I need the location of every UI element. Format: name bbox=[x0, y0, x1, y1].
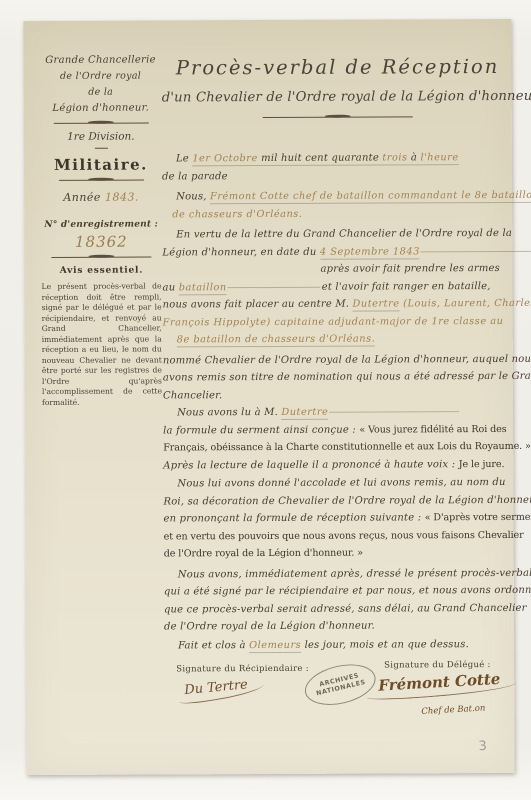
body-line: Légion d'honneur, en date du 4 Septembre… bbox=[162, 242, 514, 261]
printed-text: de la parade bbox=[162, 171, 228, 182]
body-line: François Hippolyte) capitaine adjudant-m… bbox=[163, 312, 515, 331]
body-line: en prononçant la formule de réception su… bbox=[163, 509, 515, 528]
printed-text: les jour, mois et an que dessus. bbox=[301, 639, 469, 651]
body-line: qui a été signé par le récipiendaire et … bbox=[164, 582, 516, 601]
printed-quote-text: « Vous jurez fidélité au Roi des bbox=[359, 423, 506, 435]
document-subtitle: d'un Chevalier de l'Ordre royal de la Lé… bbox=[162, 89, 514, 106]
document-title: Procès-verbal de Réception bbox=[162, 55, 514, 80]
notice-body: Le présent procès-verbal de réception do… bbox=[41, 281, 162, 408]
printed-text: Légion d'honneur, en date du bbox=[162, 246, 320, 258]
printed-text: Après la lecture de laquelle il a pronon… bbox=[163, 459, 458, 471]
body-line: nous avons fait placer au centre M. Dute… bbox=[163, 295, 515, 314]
letterhead-line: de l'Ordre royal bbox=[36, 68, 166, 85]
division-label: 1re Division. bbox=[36, 130, 166, 143]
body-line: nommé Chevalier de l'Ordre royal de la L… bbox=[163, 350, 515, 369]
printed-quote-text: Je le jure. bbox=[459, 458, 505, 469]
recipient-signature-label: Signature du Récipiendaire : bbox=[176, 664, 309, 675]
body-line: 8e bataillon de chasseurs d'Orléans. bbox=[177, 330, 515, 349]
handwritten-text: de chasseurs d'Orléans. bbox=[172, 208, 302, 220]
handwritten-text: l'heure bbox=[420, 152, 458, 165]
body-line: Chancelier. bbox=[163, 385, 515, 404]
printed-text: Chancelier. bbox=[163, 390, 222, 401]
body-line: Le 1er Octobre mil huit cent quarante tr… bbox=[162, 149, 514, 168]
body-line: de chasseurs d'Orléans. bbox=[172, 204, 514, 223]
body-line: En vertu de la lettre du Grand Chancelie… bbox=[162, 225, 514, 244]
printed-text: Nous lui avons donné l'accolade et lui a… bbox=[177, 477, 505, 489]
delegate-rank-note: Chef de Bat.on bbox=[421, 703, 486, 717]
handwritten-text: 1er Octobre bbox=[192, 153, 257, 166]
printed-text: Le bbox=[176, 153, 192, 164]
body-line: après avoir fait prendre les armes bbox=[320, 260, 514, 278]
printed-quote-text: Français, obéissance à la Charte constit… bbox=[163, 441, 531, 454]
printed-text: mil huit cent quarante bbox=[258, 153, 383, 167]
printed-text: qui a été signé par le récipiendaire et … bbox=[164, 585, 531, 598]
printed-text: et l'avoir fait ranger en bataille, bbox=[322, 281, 491, 293]
folio-number-pencil: 3 bbox=[478, 739, 487, 754]
year-label: Année bbox=[63, 191, 105, 204]
body-line: au bataillonet l'avoir fait ranger en ba… bbox=[162, 277, 514, 296]
document-page: Grande Chancellerie de l'Ordre royal de … bbox=[23, 19, 514, 775]
body-line: et en vertu des pouvoirs que nous avons … bbox=[164, 526, 516, 545]
handwritten-text: Dutertre bbox=[353, 298, 400, 311]
year-value-handwritten: 1843. bbox=[105, 191, 139, 204]
body-line: Nous avons lu à M. Dutertre bbox=[163, 403, 515, 422]
handwritten-text: Olemeurs bbox=[249, 639, 301, 652]
printed-text: après avoir fait prendre les armes bbox=[320, 263, 500, 275]
printed-text: en prononçant la formule de réception su… bbox=[164, 512, 425, 524]
blank-fill-rule bbox=[329, 410, 459, 413]
printed-quote-text: et en vertu des pouvoirs que nous avons … bbox=[164, 529, 524, 542]
notice-title: Avis essentiel. bbox=[36, 265, 166, 276]
blank-fill-rule bbox=[421, 249, 531, 252]
blank-fill-rule bbox=[228, 285, 321, 287]
printed-text: Roi, sa décoration de Chevalier de l'Ord… bbox=[163, 494, 531, 507]
printed-text: Nous avons lu à M. bbox=[177, 407, 281, 418]
body-line: que ce procès-verbal serait adressé, san… bbox=[164, 599, 516, 618]
printed-text: de l'Ordre royal de la Légion d'honneur. bbox=[164, 621, 375, 633]
branch-label: Militaire. bbox=[36, 155, 166, 174]
body-line: Français, obéissance à la Charte constit… bbox=[163, 438, 515, 457]
delegate-signature-label: Signature du Délégué : bbox=[384, 660, 491, 670]
letterhead-line: de la bbox=[36, 84, 166, 101]
divider-dash bbox=[94, 147, 107, 149]
handwritten-text: François Hippolyte) capitaine adjudant-m… bbox=[163, 315, 504, 327]
left-margin-column: Grande Chancellerie de l'Ordre royal de … bbox=[35, 52, 167, 408]
printed-text: à bbox=[407, 152, 420, 165]
archives-nationales-stamp: ARCHIVES NATIONALES bbox=[301, 658, 380, 711]
body-line: Nous, Frémont Cotte chef de bataillon co… bbox=[162, 187, 514, 206]
printed-text: nommé Chevalier de l'Ordre royal de la L… bbox=[163, 353, 531, 366]
printed-quote-text: de l'Ordre royal de la Légion d'honneur.… bbox=[164, 548, 363, 560]
scan-background: Grande Chancellerie de l'Ordre royal de … bbox=[0, 0, 531, 800]
document-body: Le 1er Octobre mil huit cent quarante tr… bbox=[162, 149, 516, 655]
registration-number-handwritten: 18362 bbox=[36, 232, 166, 251]
body-line: de la parade bbox=[162, 166, 514, 185]
letterhead-line: Grande Chancellerie bbox=[35, 52, 165, 69]
year-line: Année 1843. bbox=[36, 190, 166, 204]
printed-text: au bbox=[162, 282, 178, 293]
body-line: la formule du serment ainsi conçue : « V… bbox=[163, 420, 515, 439]
handwritten-text: 4 Septembre 1843 bbox=[320, 246, 420, 259]
document-title-block: Procès-verbal de Réception d'un Chevalie… bbox=[162, 55, 514, 124]
divider-flourish bbox=[51, 256, 151, 258]
divider-flourish bbox=[53, 122, 148, 124]
printed-quote-text: « D'après votre serment, bbox=[425, 512, 531, 524]
body-line: de l'Ordre royal de la Légion d'honneur. bbox=[164, 617, 516, 636]
handwritten-text: Dutertre bbox=[281, 407, 328, 420]
handwritten-text: (Louis, Laurent, Charles, bbox=[400, 298, 531, 310]
body-line: Nous avons, immédiatement après, dressé … bbox=[164, 564, 516, 583]
handwritten-text: bataillon bbox=[179, 282, 227, 295]
printed-text: nous avons fait placer au centre M. bbox=[163, 299, 353, 311]
registration-label: N° d'enregistrement : bbox=[36, 219, 166, 230]
body-line: Nous lui avons donné l'accolade et lui a… bbox=[163, 474, 515, 493]
body-line: Roi, sa décoration de Chevalier de l'Ord… bbox=[163, 491, 515, 510]
printed-text: la formule du serment ainsi conçue : bbox=[163, 424, 359, 436]
body-line: avons remis son titre de nomination qui … bbox=[163, 368, 515, 387]
divider-flourish bbox=[59, 179, 144, 181]
printed-text: En vertu de la lettre du Grand Chancelie… bbox=[176, 228, 512, 240]
body-line: de l'Ordre royal de la Légion d'honneur.… bbox=[164, 544, 516, 563]
printed-text: Fait et clos à bbox=[178, 640, 249, 651]
printed-text: Nous avons, immédiatement après, dressé … bbox=[178, 567, 531, 580]
handwritten-text: trois bbox=[382, 152, 407, 165]
printed-text: avons remis son titre de nomination qui … bbox=[163, 371, 531, 384]
printed-text: que ce procès-verbal serait adressé, san… bbox=[164, 602, 527, 615]
body-line: Fait et clos à Olemeurs les jour, mois e… bbox=[164, 635, 516, 654]
body-line: Après la lecture de laquelle il a pronon… bbox=[163, 455, 515, 474]
printed-text: Nous, bbox=[176, 191, 210, 202]
handwritten-text: Frémont Cotte chef de bataillon commanda… bbox=[210, 190, 531, 204]
divider-flourish bbox=[263, 115, 413, 118]
handwritten-text: 8e bataillon de chasseurs d'Orléans. bbox=[177, 334, 376, 348]
letterhead-line: Légion d'honneur. bbox=[36, 100, 166, 117]
